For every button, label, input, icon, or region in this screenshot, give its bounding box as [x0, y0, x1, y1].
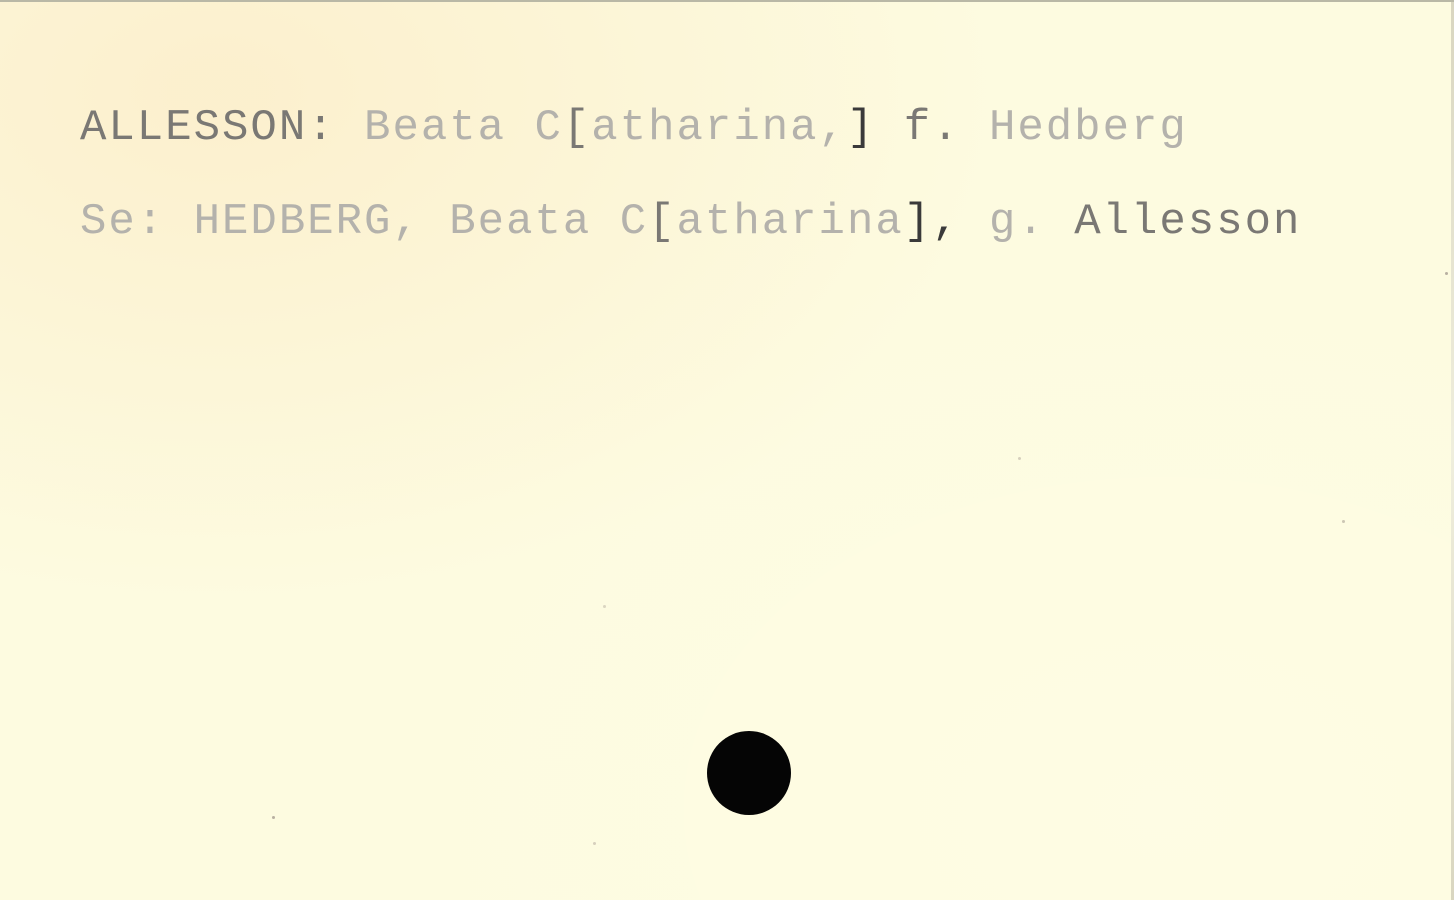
card-entry-line-see-also: Se: HEDBERG, Beata C[atharina], g. Alles… [80, 200, 1301, 244]
punch-hole [707, 731, 791, 815]
paper-speck [1018, 457, 1021, 460]
see-label: Se: [80, 197, 165, 247]
bracket-close: ] [847, 103, 875, 153]
see-also-given-name-bracketed: atharina [677, 197, 904, 247]
see-also-given-name-start: Beata C [449, 197, 648, 247]
see-also-abbrev-gift: g. [989, 197, 1046, 247]
bracket-close: ], [904, 197, 961, 247]
paper-speck [1342, 520, 1345, 523]
entry-maiden-name: Hedberg [989, 103, 1188, 153]
see-also-married-name: Allesson [1074, 197, 1301, 247]
entry-abbrev-fodd: f. [904, 103, 961, 153]
index-card: ALLESSON: Beata C[atharina,] f. Hedberg … [0, 0, 1454, 900]
entry-given-name-start: Beata C [364, 103, 563, 153]
paper-speck [603, 605, 606, 608]
paper-speck [1445, 272, 1448, 275]
card-entry-line-main: ALLESSON: Beata C[atharina,] f. Hedberg [80, 106, 1188, 150]
see-also-surname: HEDBERG, [194, 197, 421, 247]
entry-given-name-bracketed: atharina, [591, 103, 847, 153]
paper-speck [272, 816, 275, 819]
bracket-open: [ [648, 197, 676, 247]
bracket-open: [ [563, 103, 591, 153]
entry-surname: ALLESSON: [80, 103, 336, 153]
paper-speck [593, 842, 596, 845]
